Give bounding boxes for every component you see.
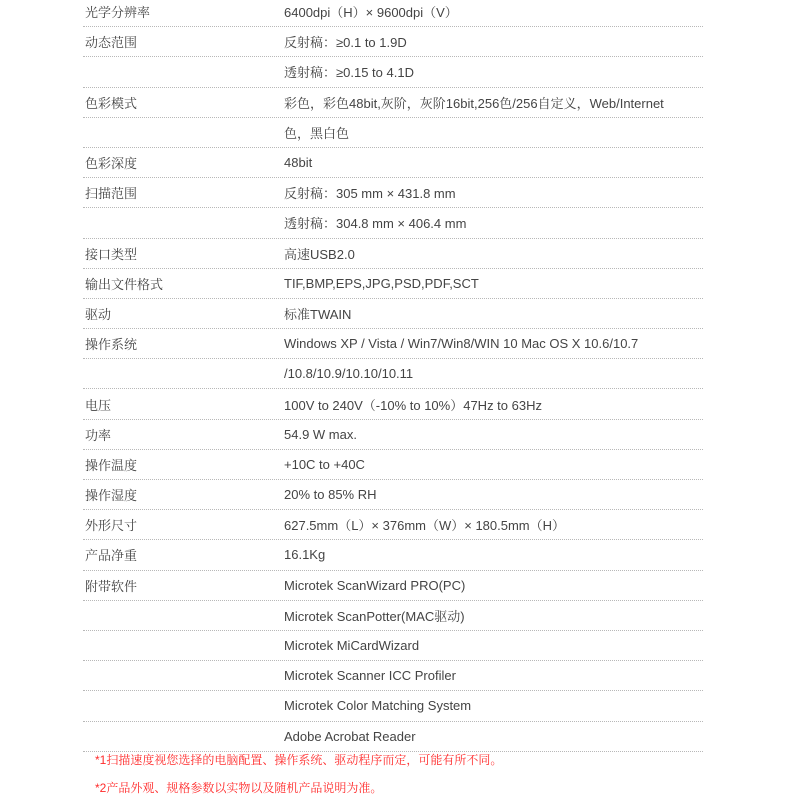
spec-value: Microtek MiCardWizard <box>284 638 703 653</box>
spec-label: 色彩深度 <box>83 153 284 172</box>
spec-value: TIF,BMP,EPS,JPG,PSD,PDF,SCT <box>284 276 703 291</box>
spec-value: 100V to 240V（-10% to 10%）47Hz to 63Hz <box>284 395 703 414</box>
spec-row-color-depth: 色彩深度 48bit <box>83 148 703 178</box>
spec-row-bundled-software: 附带软件 Microtek ScanWizard PRO(PC) <box>83 571 703 601</box>
spec-label: 操作系统 <box>83 334 284 353</box>
spec-row-color-mode-cont: 色，黑白色 <box>83 118 703 148</box>
spec-label: 输出文件格式 <box>83 274 284 293</box>
spec-label: 色彩模式 <box>83 93 284 112</box>
spec-label: 功率 <box>83 425 284 444</box>
spec-row-output-formats: 输出文件格式 TIF,BMP,EPS,JPG,PSD,PDF,SCT <box>83 269 703 299</box>
spec-value: 透射稿：304.8 mm × 406.4 mm <box>284 213 703 232</box>
spec-row-scan-area: 扫描范围 反射稿：305 mm × 431.8 mm <box>83 178 703 208</box>
spec-value: +10C to +40C <box>284 457 703 472</box>
spec-label: 扫描范围 <box>83 183 284 202</box>
spec-label: 动态范围 <box>83 32 284 51</box>
spec-row-color-mode: 色彩模式 彩色，彩色48bit,灰阶，灰阶16bit,256色/256自定义，W… <box>83 88 703 118</box>
spec-label: 驱动 <box>83 304 284 323</box>
spec-value: 反射稿：305 mm × 431.8 mm <box>284 183 703 202</box>
spec-value: 6400dpi（H）× 9600dpi（V） <box>284 2 703 21</box>
spec-row-os: 操作系统 Windows XP / Vista / Win7/Win8/WIN … <box>83 329 703 359</box>
spec-row-bundled-software-cont: Microtek Color Matching System <box>83 691 703 721</box>
spec-label: 接口类型 <box>83 244 284 263</box>
spec-row-scan-area-cont: 透射稿：304.8 mm × 406.4 mm <box>83 208 703 238</box>
spec-value: 高速USB2.0 <box>284 244 703 263</box>
spec-row-dynamic-range-cont: 透射稿：≥0.15 to 4.1D <box>83 57 703 87</box>
spec-value: 标准TWAIN <box>284 304 703 323</box>
spec-value: 反射稿：≥0.1 to 1.9D <box>284 32 703 51</box>
spec-row-dynamic-range: 动态范围 反射稿：≥0.1 to 1.9D <box>83 27 703 57</box>
spec-row-operating-temp: 操作温度 +10C to +40C <box>83 450 703 480</box>
spec-value: 16.1Kg <box>284 547 703 562</box>
spec-value: 48bit <box>284 155 703 170</box>
spec-row-interface: 接口类型 高速USB2.0 <box>83 239 703 269</box>
spec-row-power: 功率 54.9 W max. <box>83 420 703 450</box>
spec-value: 透射稿：≥0.15 to 4.1D <box>284 62 703 81</box>
spec-label: 光学分辨率 <box>83 2 284 21</box>
spec-value: 色，黑白色 <box>284 123 703 142</box>
spec-label: 外形尺寸 <box>83 515 284 534</box>
spec-label: 操作湿度 <box>83 485 284 504</box>
spec-value: 20% to 85% RH <box>284 487 703 502</box>
footnote-appearance: *2产品外观、规格参数以实物以及随机产品说明为准。 <box>95 776 502 800</box>
spec-row-bundled-software-cont: Microtek Scanner ICC Profiler <box>83 661 703 691</box>
spec-label: 电压 <box>83 395 284 414</box>
spec-value: Microtek Scanner ICC Profiler <box>284 668 703 683</box>
footnotes: *1扫描速度视您选择的电脑配置、操作系统、驱动程序而定，可能有所不同。 *2产品… <box>95 748 502 800</box>
spec-row-optical-resolution: 光学分辨率 6400dpi（H）× 9600dpi（V） <box>83 0 703 27</box>
spec-row-bundled-software-cont: Microtek ScanPotter(MAC驱动) <box>83 601 703 631</box>
spec-value: /10.8/10.9/10.10/10.11 <box>284 366 703 381</box>
spec-value: 54.9 W max. <box>284 427 703 442</box>
spec-label: 附带软件 <box>83 576 284 595</box>
spec-label: 产品净重 <box>83 545 284 564</box>
spec-row-voltage: 电压 100V to 240V（-10% to 10%）47Hz to 63Hz <box>83 389 703 419</box>
spec-value: Adobe Acrobat Reader <box>284 729 703 744</box>
spec-value: Windows XP / Vista / Win7/Win8/WIN 10 Ma… <box>284 336 703 351</box>
spec-table: 光学分辨率 6400dpi（H）× 9600dpi（V） 动态范围 反射稿：≥0… <box>83 0 703 752</box>
spec-row-operating-humidity: 操作湿度 20% to 85% RH <box>83 480 703 510</box>
spec-value: Microtek ScanPotter(MAC驱动) <box>284 606 703 625</box>
spec-value: 627.5mm（L）× 376mm（W）× 180.5mm（H） <box>284 515 703 534</box>
spec-row-bundled-software-cont: Microtek MiCardWizard <box>83 631 703 661</box>
spec-value: 彩色，彩色48bit,灰阶，灰阶16bit,256色/256自定义，Web/In… <box>284 93 703 112</box>
spec-row-driver: 驱动 标准TWAIN <box>83 299 703 329</box>
spec-label: 操作温度 <box>83 455 284 474</box>
footnote-scan-speed: *1扫描速度视您选择的电脑配置、操作系统、驱动程序而定，可能有所不同。 <box>95 748 502 776</box>
spec-row-dimensions: 外形尺寸 627.5mm（L）× 376mm（W）× 180.5mm（H） <box>83 510 703 540</box>
spec-row-os-cont: /10.8/10.9/10.10/10.11 <box>83 359 703 389</box>
spec-value: Microtek ScanWizard PRO(PC) <box>284 578 703 593</box>
spec-row-net-weight: 产品净重 16.1Kg <box>83 540 703 570</box>
spec-value: Microtek Color Matching System <box>284 698 703 713</box>
